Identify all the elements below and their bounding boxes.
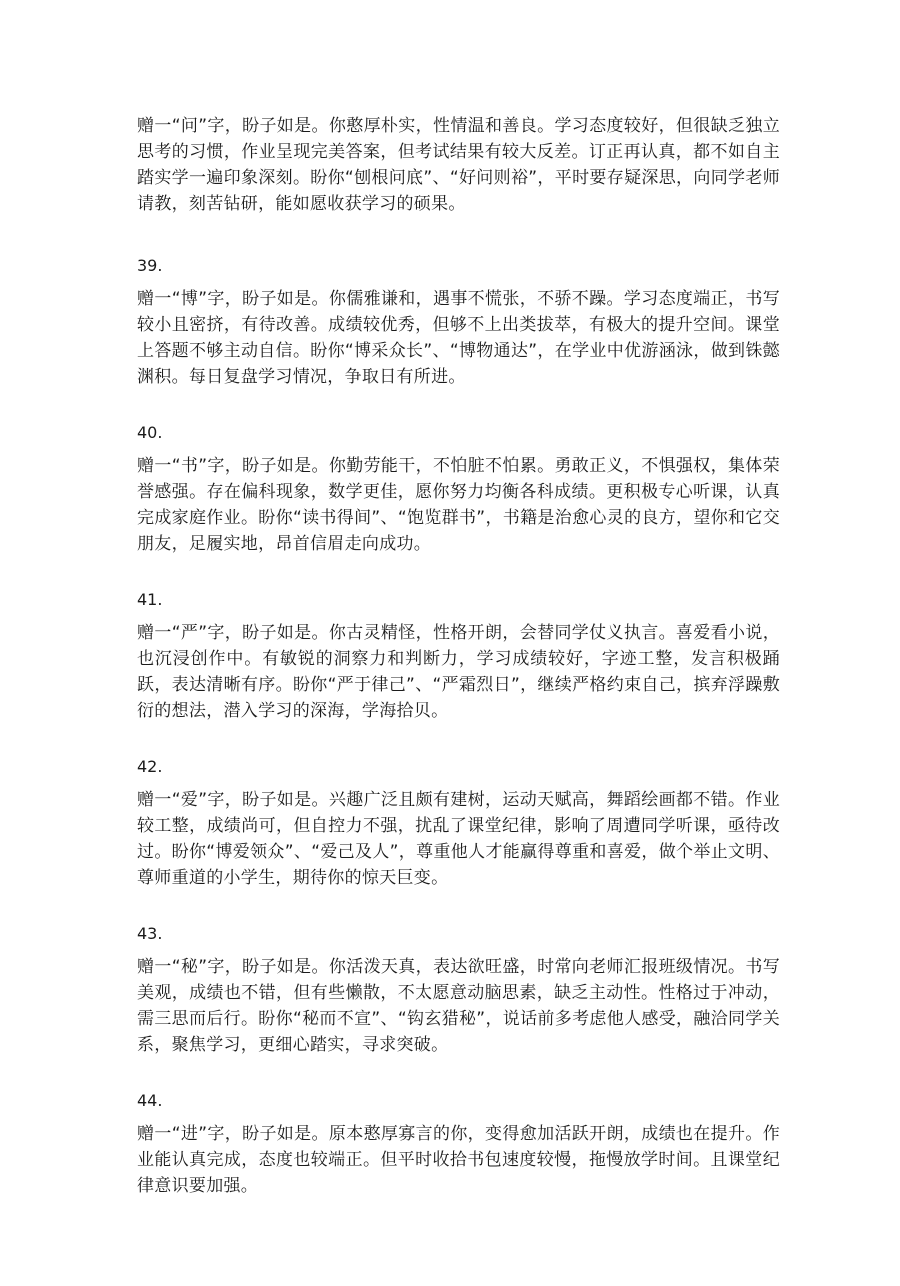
comment-item: 44. 赠一“进”字，盼子如是。原本憨厚寡言的你，变得愈加活跃开朗，成绩也在提升… xyxy=(137,1088,780,1199)
comment-item: 40. 赠一“书”字，盼子如是。你勤劳能干，不怕脏不怕累。勇敢正义，不惧强权，集… xyxy=(137,420,780,557)
comment-item: 赠一“问”字，盼子如是。你憨厚朴实，性情温和善良。学习态度较好，但很缺乏独立思考… xyxy=(137,113,780,217)
comment-item: 43. 赠一“秘”字，盼子如是。你活泼天真，表达欲旺盛，时常向老师汇报班级情况。… xyxy=(137,921,780,1058)
item-number: 40. xyxy=(137,420,780,446)
comment-text: 赠一“书”字，盼子如是。你勤劳能干，不怕脏不怕累。勇敢正义，不惧强权，集体荣誉感… xyxy=(137,453,780,557)
comment-item: 41. 赠一“严”字，盼子如是。你古灵精怪，性格开朗，会替同学仗义执言。喜爱看小… xyxy=(137,587,780,724)
item-number: 44. xyxy=(137,1088,780,1114)
item-number: 39. xyxy=(137,253,780,279)
comment-text: 赠一“博”字，盼子如是。你儒雅谦和，遇事不慌张，不骄不躁。学习态度端正，书写较小… xyxy=(137,286,780,390)
item-number: 43. xyxy=(137,921,780,947)
comment-item: 42. 赠一“爱”字，盼子如是。兴趣广泛且颇有建树，运动天赋高，舞蹈绘画都不错。… xyxy=(137,754,780,891)
comment-item: 39. 赠一“博”字，盼子如是。你儒雅谦和，遇事不慌张，不骄不躁。学习态度端正，… xyxy=(137,253,780,390)
comment-text: 赠一“进”字，盼子如是。原本憨厚寡言的你，变得愈加活跃开朗，成绩也在提升。作业能… xyxy=(137,1121,780,1199)
document-page: 赠一“问”字，盼子如是。你憨厚朴实，性情温和善良。学习态度较好，但很缺乏独立思考… xyxy=(0,0,900,1286)
item-number: 41. xyxy=(137,587,780,613)
item-number: 42. xyxy=(137,754,780,780)
comment-text: 赠一“爱”字，盼子如是。兴趣广泛且颇有建树，运动天赋高，舞蹈绘画都不错。作业较工… xyxy=(137,787,780,891)
comment-text: 赠一“秘”字，盼子如是。你活泼天真，表达欲旺盛，时常向老师汇报班级情况。书写美观… xyxy=(137,954,780,1058)
comment-text: 赠一“问”字，盼子如是。你憨厚朴实，性情温和善良。学习态度较好，但很缺乏独立思考… xyxy=(137,113,780,217)
comment-text: 赠一“严”字，盼子如是。你古灵精怪，性格开朗，会替同学仗义执言。喜爱看小说，也沉… xyxy=(137,620,780,724)
